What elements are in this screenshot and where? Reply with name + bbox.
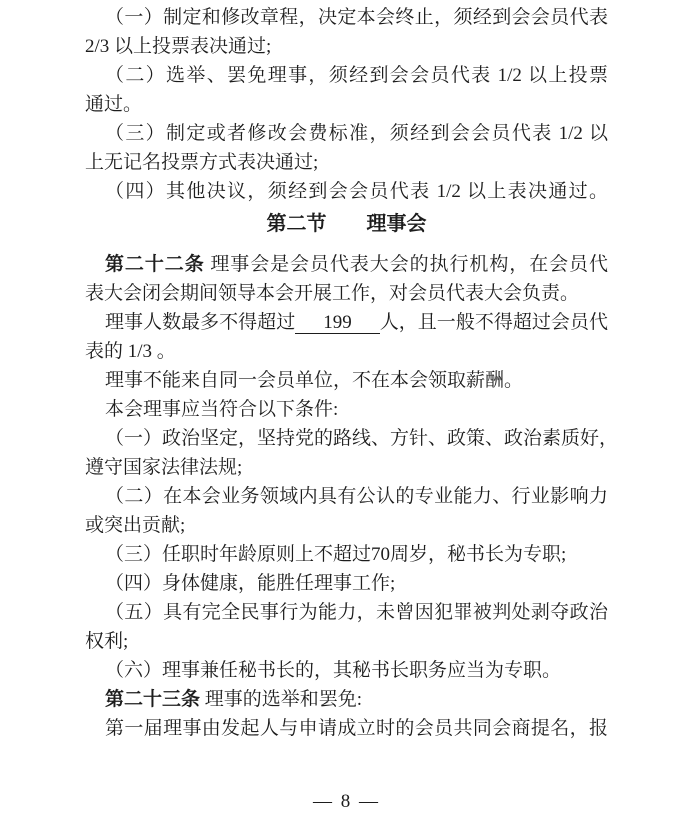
text-line: （六）理事兼任秘书长的，其秘书长职务应当为专职。 <box>85 656 608 685</box>
text-run: （一）政治坚定，坚持党的路线、方针、政策、政治素质好， <box>105 428 618 449</box>
text-line: 2/3 以上投票表决通过; <box>85 32 608 61</box>
text-run: 通过。 <box>85 94 142 115</box>
text-run: 表的 1/3 。 <box>85 341 176 362</box>
text-line: （四）其他决议，须经到会会员代表 1/2 以上表决通过。 <box>85 177 608 206</box>
text-run: 表大会闭会期间领导本会开展工作，对会员代表大会负责。 <box>85 283 579 304</box>
text-run: 或突出贡献; <box>85 515 185 536</box>
text-run: （六）理事兼任秘书长的，其秘书长职务应当为专职。 <box>105 660 561 681</box>
text-line: 理事不能来自同一会员单位，不在本会领取薪酬。 <box>85 366 608 395</box>
text-run: （二）在本会业务领域内具有公认的专业能力、行业影响力 <box>105 486 608 507</box>
text-run: 2/3 以上投票表决通过; <box>85 36 271 57</box>
text-line: 第二十二条 理事会是会员代表大会的执行机构，在会员代 <box>85 250 608 279</box>
text-line: （二）在本会业务领域内具有公认的专业能力、行业影响力 <box>85 482 608 511</box>
text-line: 通过。 <box>85 90 608 119</box>
text-line: （四）身体健康，能胜任理事工作; <box>85 569 608 598</box>
text-run: 理事人数最多不得超过 <box>105 312 295 333</box>
text-line: （三）制定或者修改会费标准，须经到会会员代表 1/2 以 <box>85 119 608 148</box>
section-heading: 第二节 理事会 <box>85 210 608 239</box>
text-line: （一）制定和修改章程，决定本会终止，须经到会会员代表 <box>85 3 608 32</box>
text-line: 遵守国家法律法规; <box>85 453 608 482</box>
text-line: 上无记名投票方式表决通过; <box>85 148 608 177</box>
text-run: 理事会是会员代表大会的执行机构，在会员代 <box>205 254 608 275</box>
document-text-block: （一）制定和修改章程，决定本会终止，须经到会会员代表2/3 以上投票表决通过;（… <box>85 3 608 743</box>
text-run: 上无记名投票方式表决通过; <box>85 152 318 173</box>
article-number: 第二节 理事会 <box>267 213 427 235</box>
text-run: （二）选举、罢免理事，须经到会会员代表 1/2 以上投票 <box>105 65 608 86</box>
text-run: 权利; <box>85 631 128 652</box>
text-line: 表的 1/3 。 <box>85 337 608 366</box>
text-line: （五）具有完全民事行为能力，未曾因犯罪被判处剥夺政治 <box>85 598 608 627</box>
page-number: — 8 — <box>85 791 608 813</box>
text-run: （五）具有完全民事行为能力，未曾因犯罪被判处剥夺政治 <box>105 602 608 623</box>
text-run: 理事不能来自同一会员单位，不在本会领取薪酬。 <box>105 370 523 391</box>
text-run: 理事的选举和罢免: <box>200 689 362 710</box>
text-line: 权利; <box>85 627 608 656</box>
article-number: 第二十三条 <box>105 689 200 710</box>
text-run: （三）任职时年龄原则上不超过70周岁，秘书长为专职; <box>105 544 566 565</box>
document-page: （一）制定和修改章程，决定本会终止，须经到会会员代表2/3 以上投票表决通过;（… <box>0 0 700 816</box>
text-line: 或突出贡献; <box>85 511 608 540</box>
text-run: 本会理事应当符合以下条件: <box>105 399 338 420</box>
text-run: 第一届理事由发起人与申请成立时的会员共同会商提名，报 <box>105 718 608 739</box>
article-number: 第二十二条 <box>105 254 205 275</box>
text-run: （三）制定或者修改会费标准，须经到会会员代表 1/2 以 <box>105 123 608 144</box>
text-line: 理事人数最多不得超过199人，且一般不得超过会员代 <box>85 308 608 337</box>
text-line: （一）政治坚定，坚持党的路线、方针、政策、政治素质好， <box>85 424 608 453</box>
blank-underline-value: 199 <box>295 312 380 334</box>
text-line: 本会理事应当符合以下条件: <box>85 395 608 424</box>
text-run: （一）制定和修改章程，决定本会终止，须经到会会员代表 <box>105 7 608 28</box>
text-line: （三）任职时年龄原则上不超过70周岁，秘书长为专职; <box>85 540 608 569</box>
text-line: 第二十三条 理事的选举和罢免: <box>85 685 608 714</box>
text-line: 第一届理事由发起人与申请成立时的会员共同会商提名，报 <box>85 714 608 743</box>
text-run: （四）身体健康，能胜任理事工作; <box>105 573 395 594</box>
text-run: （四）其他决议，须经到会会员代表 1/2 以上表决通过。 <box>105 181 608 202</box>
text-run: 遵守国家法律法规; <box>85 457 242 478</box>
text-run: 人，且一般不得超过会员代 <box>380 312 608 333</box>
text-line: 表大会闭会期间领导本会开展工作，对会员代表大会负责。 <box>85 279 608 308</box>
text-line: （二）选举、罢免理事，须经到会会员代表 1/2 以上投票 <box>85 61 608 90</box>
